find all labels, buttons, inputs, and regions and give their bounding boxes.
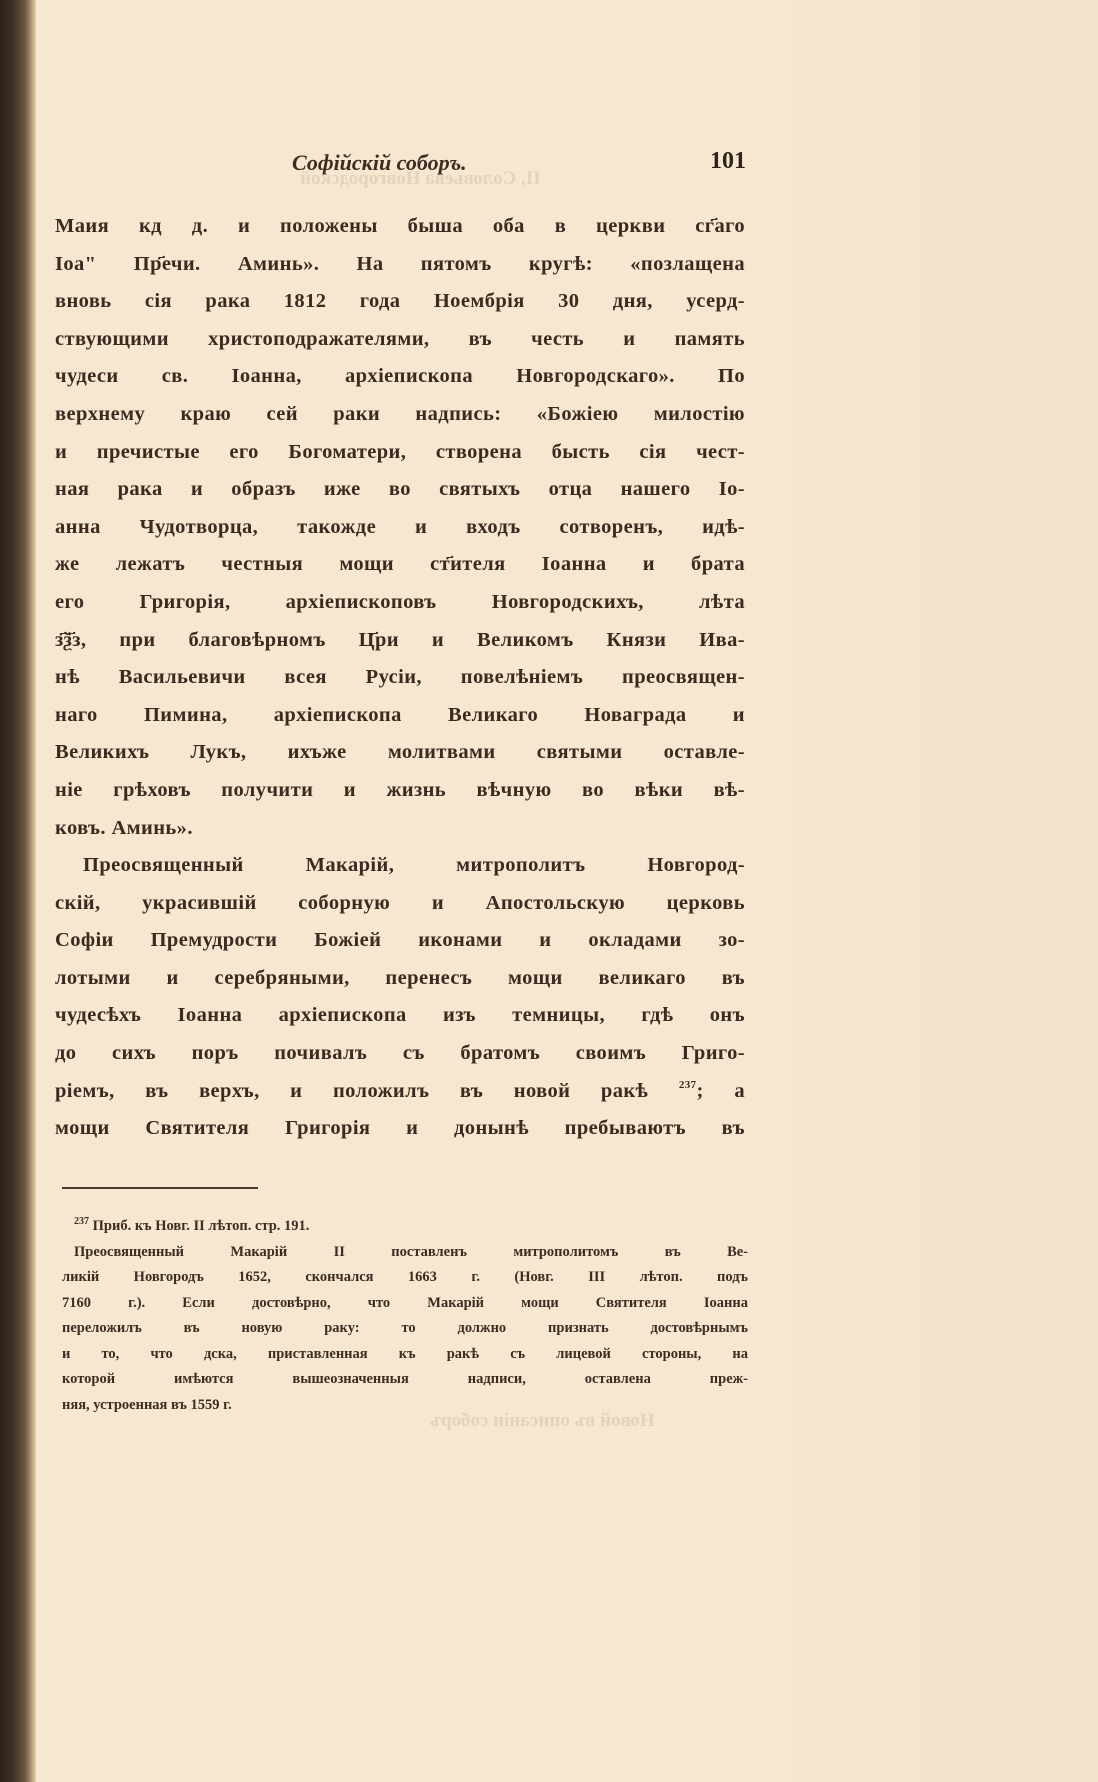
footnote-line: переложилъ въ новую раку: то должно приз… [62,1316,748,1342]
text-line: же лежатъ честныя мощи ст҃ителя Іоанна и… [55,546,745,584]
text-line: ніе грѣховъ получити и жизнь вѣчную во в… [55,772,745,810]
footnote-number: 237 [74,1216,89,1227]
text-line: чудеси св. Іоанна, архіепископа Новгород… [55,358,745,396]
text-line: мощи Святителя Григорія и донынѣ пребыва… [55,1110,745,1148]
text-line: его Григорія, архіепископовъ Новгородски… [55,584,745,622]
text-line: вновь сія рака 1812 года Ноембрія 30 дня… [55,283,745,321]
footnote-line: и то, что дска, приставленная къ ракѣ съ… [62,1342,748,1368]
paragraph-start-line: Преосвященный Макарій, митрополитъ Новго… [55,847,745,885]
book-page: ІІ, Соловьева Новгородской Новой въ опис… [0,0,1098,1782]
text-line: чудесѣхъ Іоанна архіепископа изъ темницы… [55,997,745,1035]
footnote-text: Приб. къ Новг. II лѣтоп. стр. 191. [93,1218,310,1234]
page-number: 101 [710,148,746,175]
footnote-line: Преосвященный Макарій II поставленъ митр… [62,1240,748,1266]
text-line: скій, украсившій соборную и Апостольскую… [55,885,745,923]
text-line: и пречистые его Богоматери, створена быс… [55,434,745,472]
footnote-reference[interactable]: 237 [679,1079,697,1091]
footnote-line: которой имѣются вышеозначенныя надписи, … [62,1367,748,1393]
text-line: Іоа" Пр҃ечи. Аминь». На пятомъ кругѣ: «п… [55,246,745,284]
text-line: до сихъ поръ почивалъ съ братомъ своимъ … [55,1035,745,1073]
text-line: анна Чудотворца, такожде и входъ сотворе… [55,509,745,547]
text-line: Софіи Премудрости Божіей иконами и оклад… [55,922,745,960]
footnote-line: 7160 г.). Если достовѣрно, что Макарій м… [62,1291,748,1317]
text-fragment: ; а [697,1080,745,1102]
body-text: Маия кд д. и положены быша оба в церкви … [55,208,745,1148]
footnote-line: ликій Новгородъ 1652, скончался 1663 г. … [62,1265,748,1291]
book-spine-shadow [0,0,36,1782]
text-line: лотыми и серебряными, перенесъ мощи вели… [55,960,745,998]
text-line: верхнему краю сей раки надпись: «Божіею … [55,396,745,434]
text-line: ная рака и образъ иже во святыхъ отца на… [55,471,745,509]
text-line-with-footnote-ref: ріемъ, въ верхъ, и положилъ въ новой рак… [55,1073,745,1111]
text-line: Великихъ Лукъ, ихъже молитвами святыми о… [55,734,745,772]
footnote-divider [62,1187,258,1189]
running-head: Софійскій соборъ. 101 [56,150,746,182]
text-fragment: ріемъ, въ верхъ, и положилъ въ новой рак… [55,1080,648,1102]
text-line: Маия кд д. и положены быша оба в церкви … [55,208,745,246]
footnote-line: няя, устроенная въ 1559 г. [62,1393,748,1419]
text-line: ствующими христоподражателями, въ честь … [55,321,745,359]
footnotes: 237 Приб. къ Новг. II лѣтоп. стр. 191. П… [62,1214,748,1418]
text-line: ковъ. Аминь». [55,810,745,848]
footnote-line: 237 Приб. къ Новг. II лѣтоп. стр. 191. [62,1214,748,1240]
text-line: з҃ѯ҃з, при благовѣрномъ Ц҃ри и Великомъ … [55,622,745,660]
running-title: Софійскій соборъ. [292,150,467,176]
text-line: наго Пимина, архіепископа Великаго Новаг… [55,697,745,735]
text-line: нѣ Васильевичи всея Русіи, повелѣніемъ п… [55,659,745,697]
